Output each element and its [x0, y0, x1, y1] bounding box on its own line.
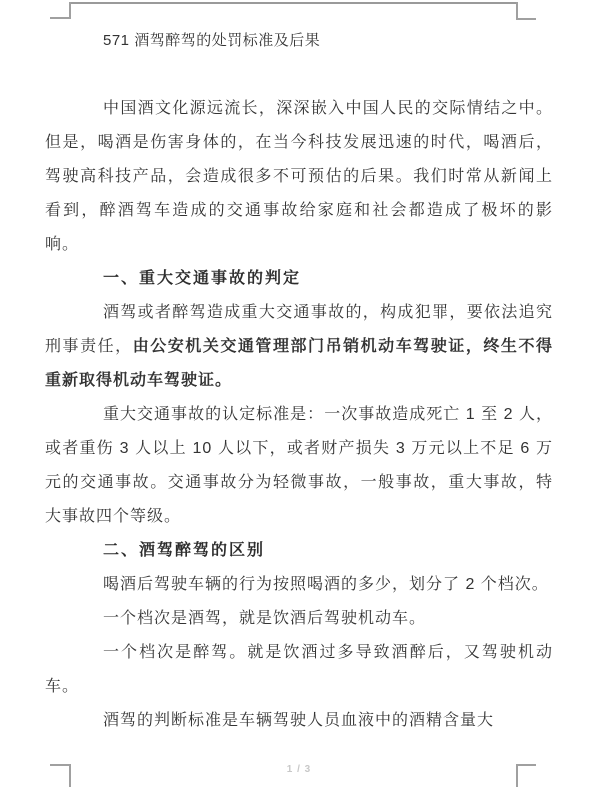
body-paragraph: 喝酒后驾驶车辆的行为按照喝酒的多少，划分了 2 个档次。: [45, 568, 553, 602]
page-top-boundary-line: [69, 2, 518, 4]
text-run: 二、酒驾醉驾的区别: [103, 542, 265, 559]
text-run: 一个档次是酒驾，就是饮酒后驾驶机动车。: [103, 610, 426, 627]
text-run: 重大交通事故的认定标准是：一次事故造成死亡 1 至 2 人，或者重伤 3 人以上…: [45, 406, 553, 525]
page-indicator: 1 / 3: [0, 764, 598, 775]
page-margin-mark-top-right: [516, 18, 536, 20]
body-paragraph: 酒驾的判断标准是车辆驾驶人员血液中的酒精含量大: [45, 704, 553, 738]
text-run: 一、重大交通事故的判定: [103, 270, 301, 287]
body-paragraph: 中国酒文化源远流长，深深嵌入中国人民的交际情结之中。但是，喝酒是伤害身体的，在当…: [45, 92, 553, 262]
text-run: 喝酒后驾驶车辆的行为按照喝酒的多少，划分了 2 个档次。: [103, 576, 549, 593]
body-paragraph: 一个档次是酒驾，就是饮酒后驾驶机动车。: [45, 602, 553, 636]
section-heading: 二、酒驾醉驾的区别: [45, 534, 553, 568]
text-run: 酒驾的判断标准是车辆驾驶人员血液中的酒精含量大: [103, 712, 494, 729]
document-page: 571 酒驾醉驾的处罚标准及后果中国酒文化源远流长，深深嵌入中国人民的交际情结之…: [0, 0, 598, 788]
page-margin-mark-top-left: [50, 17, 71, 19]
document-body: 571 酒驾醉驾的处罚标准及后果中国酒文化源远流长，深深嵌入中国人民的交际情结之…: [45, 24, 553, 738]
text-run: 中国酒文化源远流长，深深嵌入中国人民的交际情结之中。但是，喝酒是伤害身体的，在当…: [45, 100, 553, 253]
body-paragraph: 一个档次是醉驾。就是饮酒过多导致酒醉后，又驾驶机动车。: [45, 636, 553, 704]
body-paragraph: 重大交通事故的认定标准是：一次事故造成死亡 1 至 2 人，或者重伤 3 人以上…: [45, 398, 553, 534]
document-title: 571 酒驾醉驾的处罚标准及后果: [45, 24, 553, 58]
text-run: 571 酒驾醉驾的处罚标准及后果: [103, 32, 320, 49]
body-paragraph: 酒驾或者醉驾造成重大交通事故的，构成犯罪，要依法追究刑事责任，由公安机关交通管理…: [45, 296, 553, 398]
text-run: 一个档次是醉驾。就是饮酒过多导致酒醉后，又驾驶机动车。: [45, 644, 553, 695]
section-heading: 一、重大交通事故的判定: [45, 262, 553, 296]
